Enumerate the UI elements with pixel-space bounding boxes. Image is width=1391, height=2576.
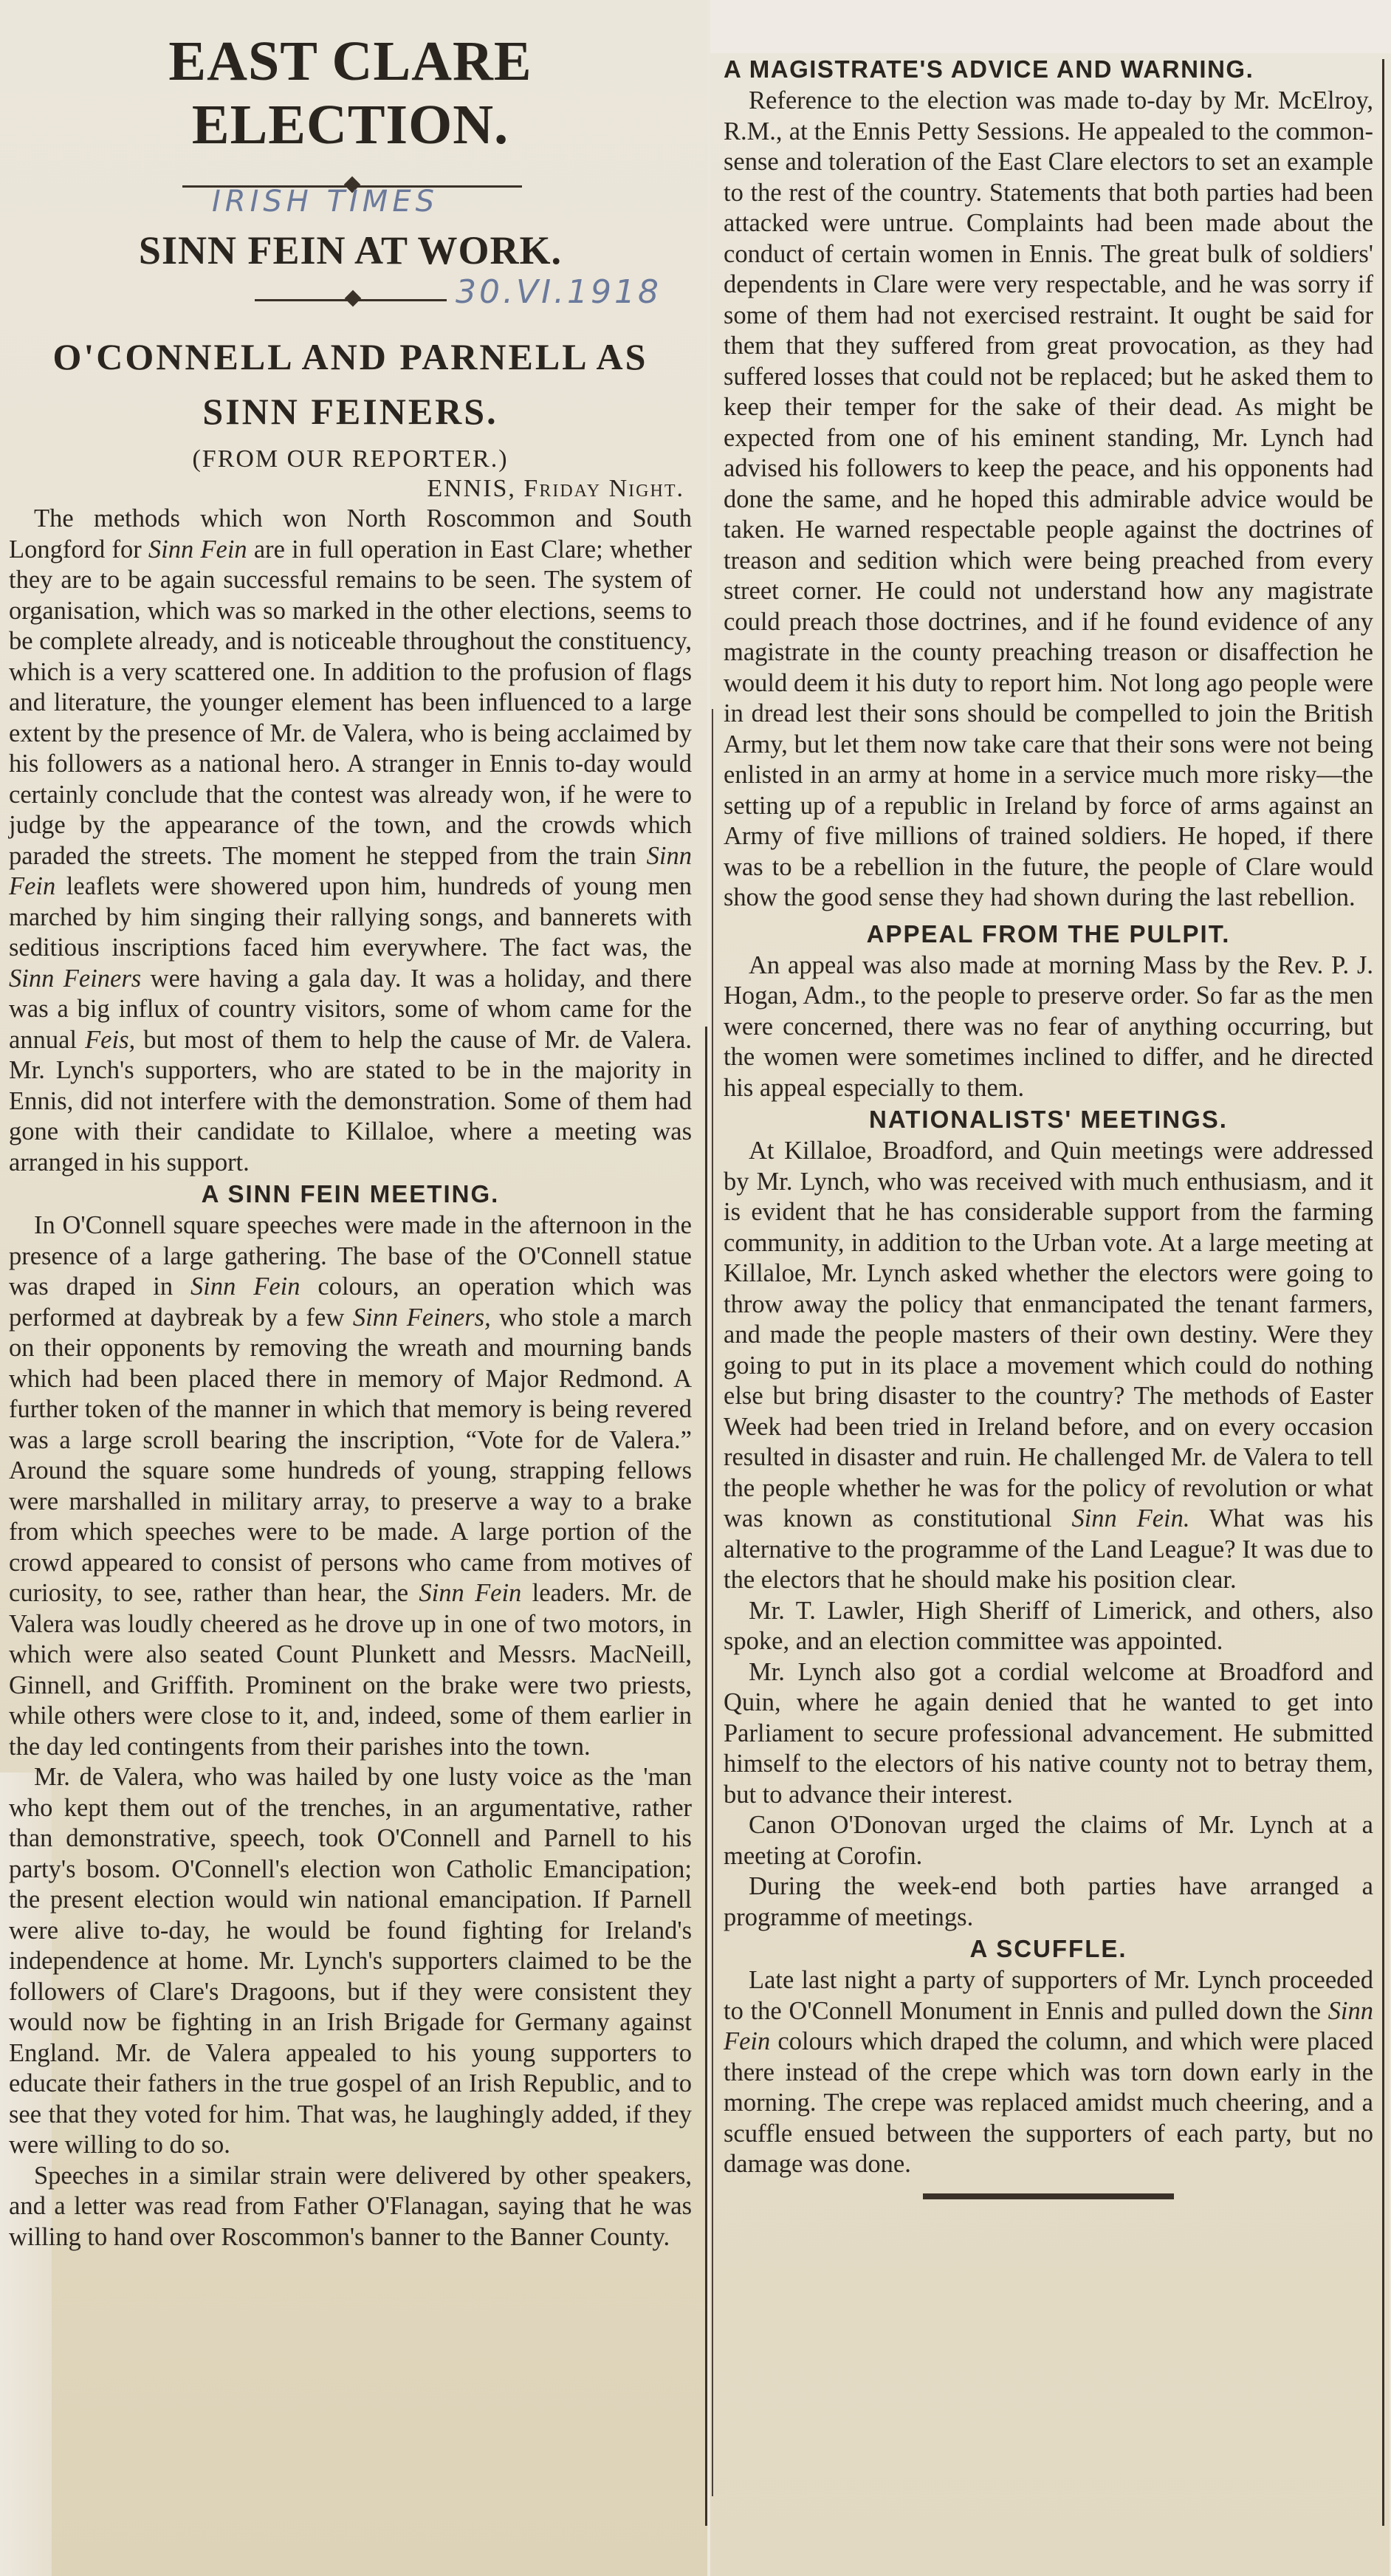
section-heading-magistrate: A MAGISTRATE'S ADVICE AND WARNING.: [724, 53, 1373, 86]
headline: SINN FEIN AT WORK.: [9, 226, 692, 275]
nationalists-paragraph-5: During the week-end both parties have ar…: [724, 1871, 1373, 1933]
masthead: EAST CLARE ELECTION.: [9, 30, 692, 157]
column-rule: [705, 1027, 707, 2526]
intro-paragraph: The methods which won North Roscommon an…: [9, 504, 692, 1178]
section-heading-nationalists: NATIONALISTS' MEETINGS.: [724, 1103, 1373, 1136]
nationalists-paragraph-3: Mr. Lynch also got a cordial welcome at …: [724, 1657, 1373, 1811]
column-rule-inner: [712, 709, 713, 2496]
subheadline-line2: SINN FEINERS.: [9, 384, 692, 439]
nationalists-paragraph-1: At Killaloe, Broadford, and Quin meeting…: [724, 1136, 1373, 1596]
background-gap: [710, 0, 1391, 53]
nationalists-paragraph-4: Canon O'Donovan urged the claims of Mr. …: [724, 1810, 1373, 1871]
pulpit-paragraph: An appeal was also made at morning Mass …: [724, 950, 1373, 1104]
pencil-annotation-date: 30.VI.1918: [456, 273, 662, 311]
right-column: A MAGISTRATE'S ADVICE AND WARNING. Refer…: [724, 53, 1373, 2199]
end-rule: [923, 2193, 1174, 2199]
section-heading-pulpit: APPEAL FROM THE PULPIT.: [724, 918, 1373, 950]
section-heading-scuffle: A SCUFFLE.: [724, 1933, 1373, 1965]
meeting-paragraph-2: Mr. de Valera, who was hailed by one lus…: [9, 1762, 692, 2161]
meeting-paragraph-1: In O'Connell square speeches were made i…: [9, 1210, 692, 1762]
subheadline-line1: O'CONNELL AND PARNELL AS: [9, 329, 692, 384]
dateline: ENNIS, Friday Night.: [9, 474, 684, 504]
scuffle-paragraph: Late last night a party of supporters of…: [724, 1965, 1373, 2180]
diamond-ornament-icon: [345, 290, 362, 307]
byline: (FROM OUR REPORTER.): [9, 445, 692, 474]
diamond-rule-2: 30.VI.1918: [9, 285, 692, 315]
magistrate-paragraph: Reference to the election was made to-da…: [724, 86, 1373, 914]
pencil-annotation-publication: IRISH TIMES: [212, 185, 439, 219]
section-heading-sinn-fein-meeting: A SINN FEIN MEETING.: [9, 1178, 692, 1210]
meeting-paragraph-3: Speeches in a similar strain were delive…: [9, 2161, 692, 2253]
left-column: EAST CLARE ELECTION. IRISH TIMES SINN FE…: [9, 30, 692, 2253]
column-rule-right: [1382, 59, 1384, 2526]
nationalists-paragraph-2: Mr. T. Lawler, High Sheriff of Limerick,…: [724, 1596, 1373, 1657]
